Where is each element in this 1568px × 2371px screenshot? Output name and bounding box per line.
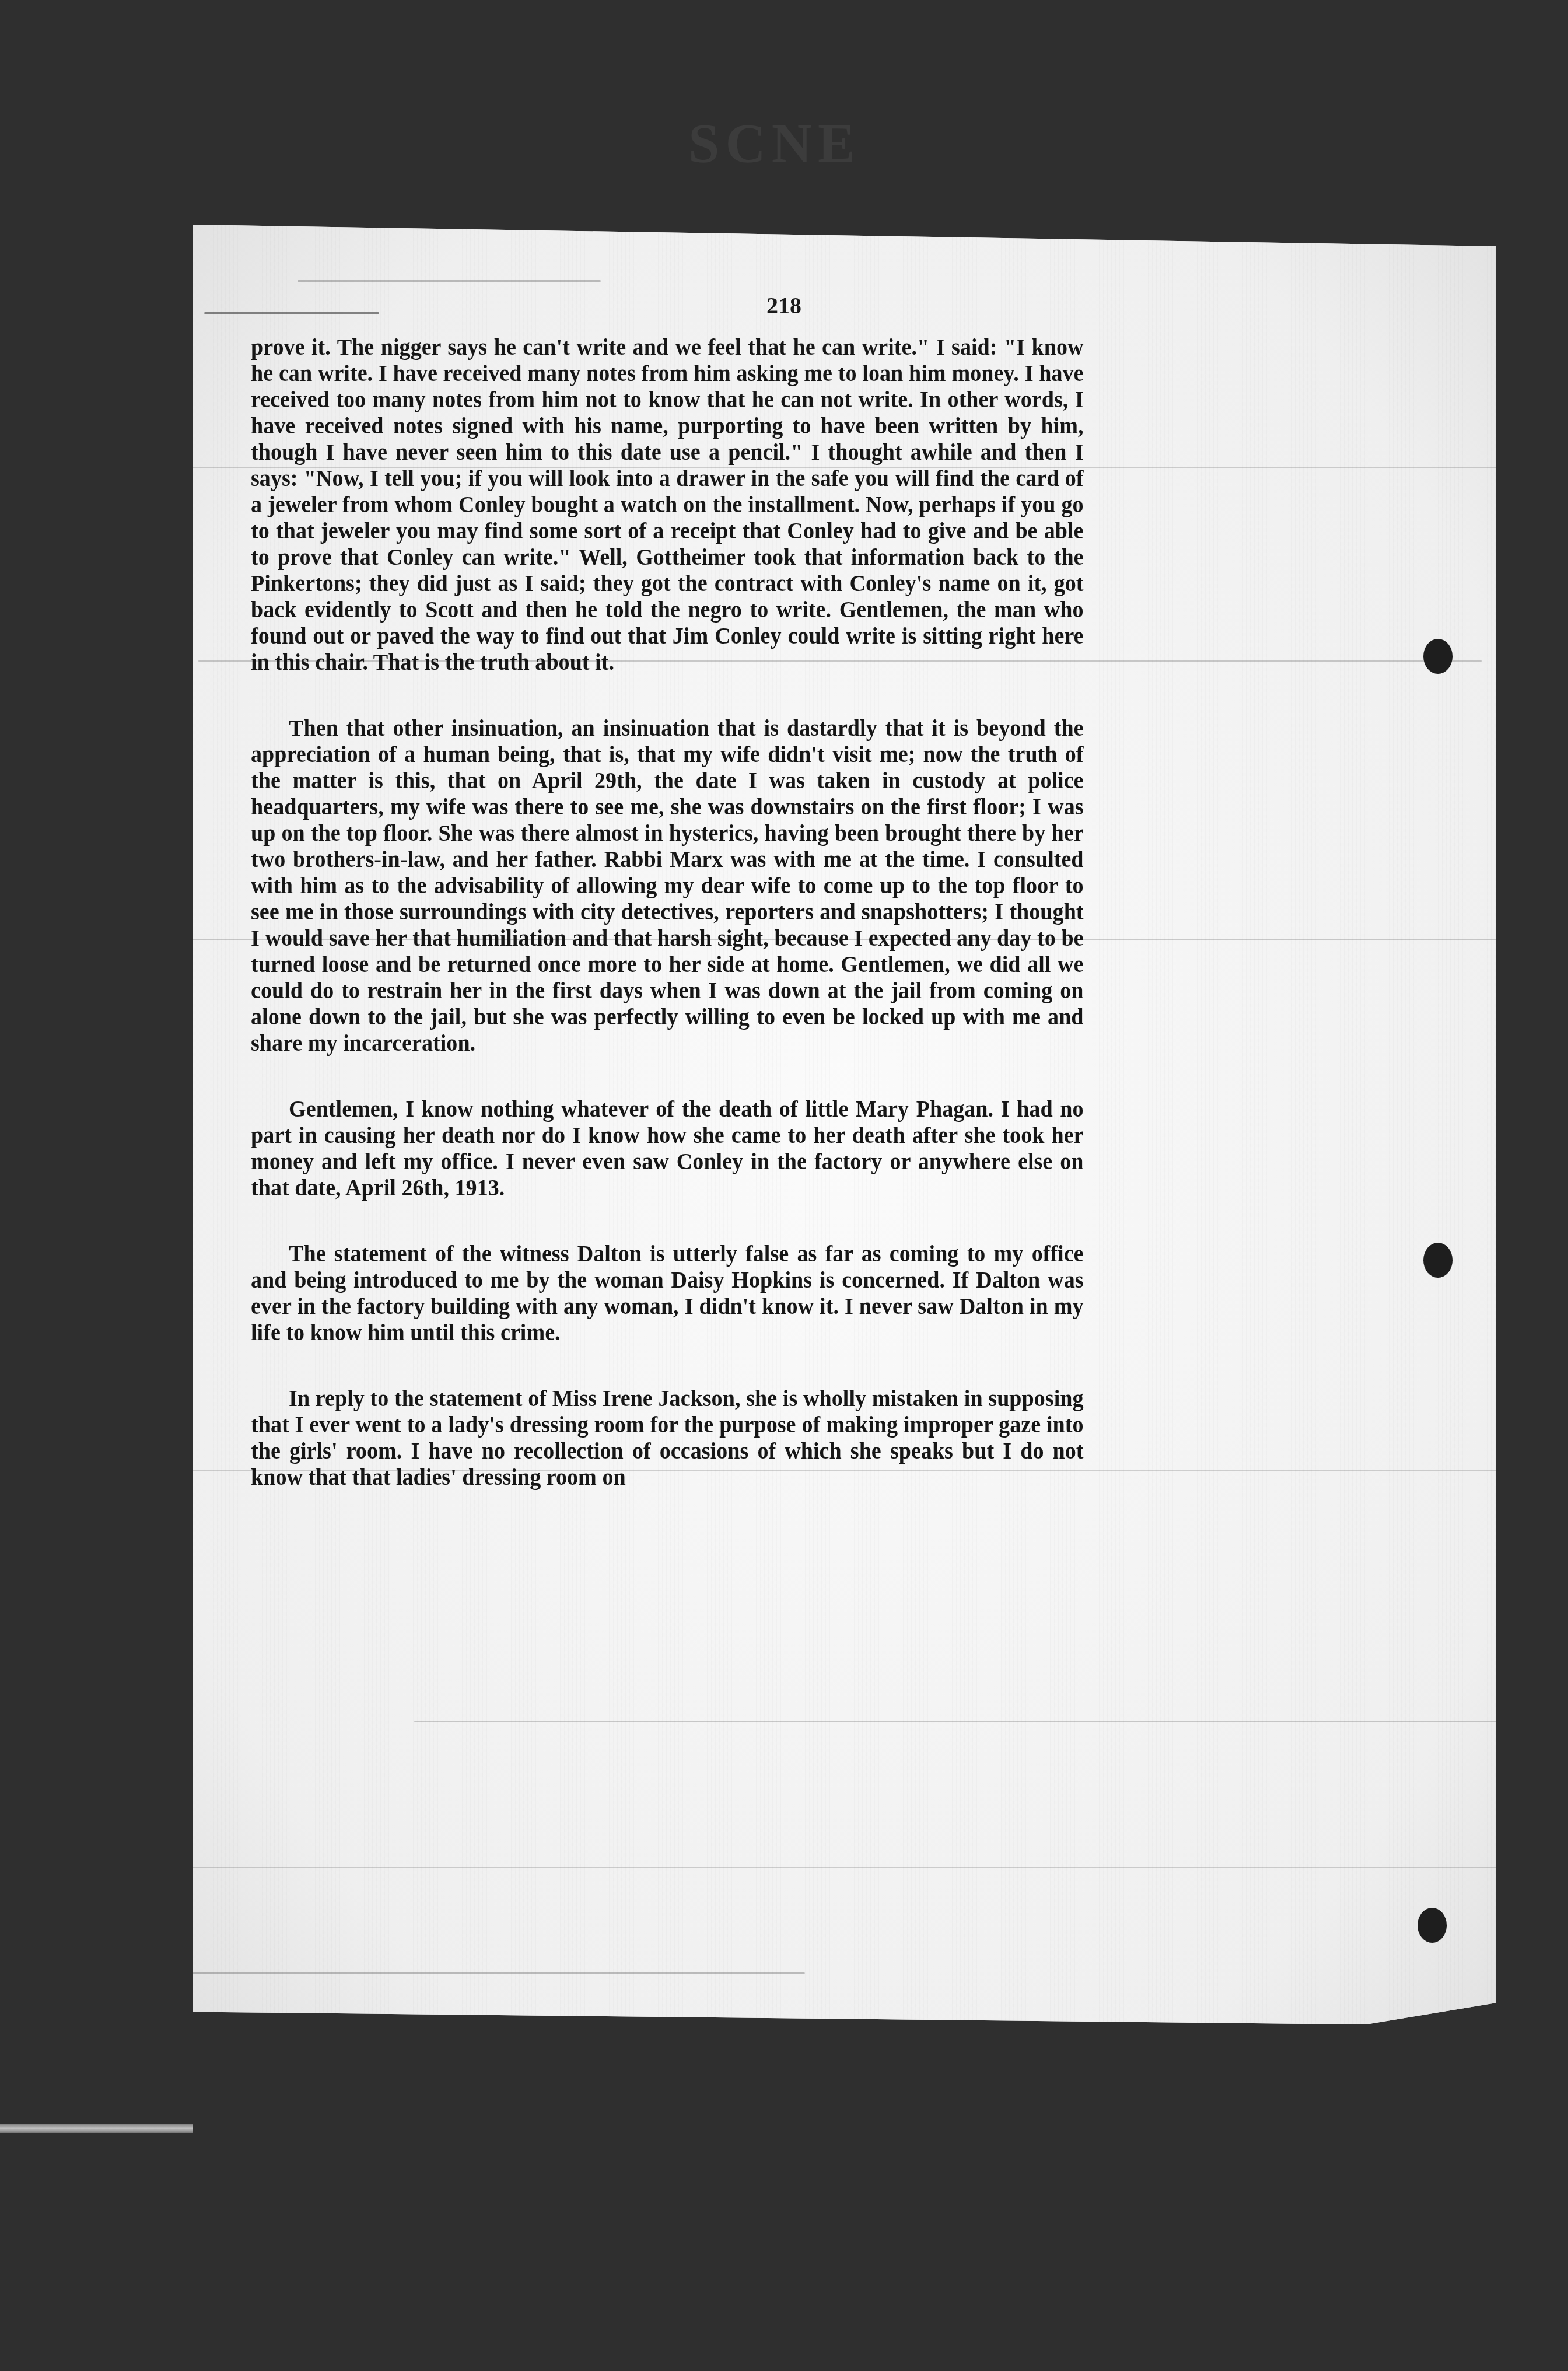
paragraph: Then that other insinuation, an insinuat… [251,715,1084,1056]
scratch-line [297,280,601,282]
paragraph: prove it. The nigger says he can't write… [251,334,1084,675]
page-number: 218 [0,292,1568,319]
scratch-line [525,2124,1126,2125]
paragraph: In reply to the statement of Miss Irene … [251,1385,1084,1490]
paragraph: Gentlemen, I know nothing whatever of th… [251,1096,1084,1201]
scratch-line [192,1972,805,1974]
punch-hole [1423,1243,1452,1278]
film-edge-tab [0,2124,192,2133]
punch-hole [1423,639,1452,674]
scratch-line [910,2197,1493,2198]
scratch-line [192,1867,1496,1868]
punch-hole [1417,1908,1447,1943]
faded-header-mark: SCNE [688,111,861,176]
microfilm-frame: SCNE 218 prove it. The nigger says he ca… [0,0,1568,2371]
scratch-line [414,1721,1499,1722]
paragraph: The statement of the witness Dalton is u… [251,1240,1084,1345]
scratch-line [951,2059,1496,2061]
page-body: prove it. The nigger says he can't write… [251,334,1084,1530]
